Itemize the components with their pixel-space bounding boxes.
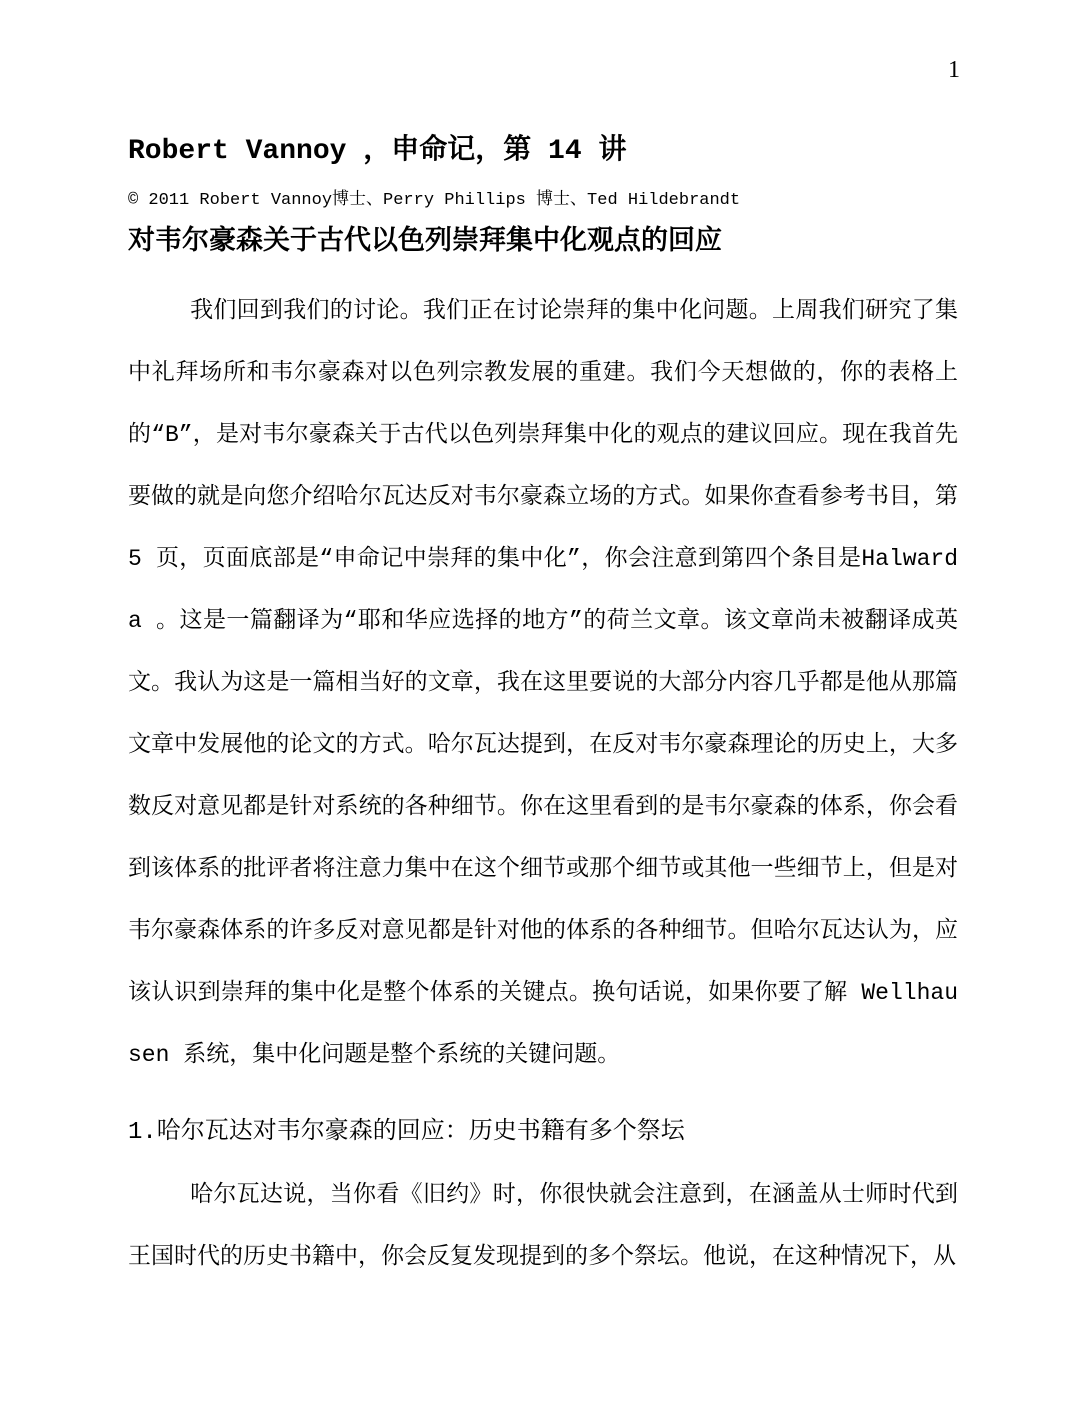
paragraph-section-1: 哈尔瓦达说，当你看《旧约》时，你很快就会注意到，在涵盖从士师时代到王国时代的历史… — [128, 1164, 958, 1288]
page-content: Robert Vannoy ，申命记，第 14 讲 © 2011 Robert … — [0, 0, 1088, 1288]
topic-heading: 对韦尔豪森关于古代以色列崇拜集中化观点的回应 — [128, 225, 958, 261]
page-number: 1 — [948, 56, 960, 84]
section-1-heading: 1.哈尔瓦达对韦尔豪森的回应：历史书籍有多个祭坛 — [128, 1102, 958, 1164]
paragraph-intro: 我们回到我们的讨论。我们正在讨论崇拜的集中化问题。上周我们研究了集中礼拜场所和韦… — [128, 280, 958, 1086]
copyright-line: © 2011 Robert Vannoy博士、Perry Phillips 博士… — [128, 189, 958, 213]
document-title: Robert Vannoy ，申命记，第 14 讲 — [128, 134, 958, 169]
document-page: 1 Robert Vannoy ，申命记，第 14 讲 © 2011 Rober… — [0, 0, 1088, 1408]
